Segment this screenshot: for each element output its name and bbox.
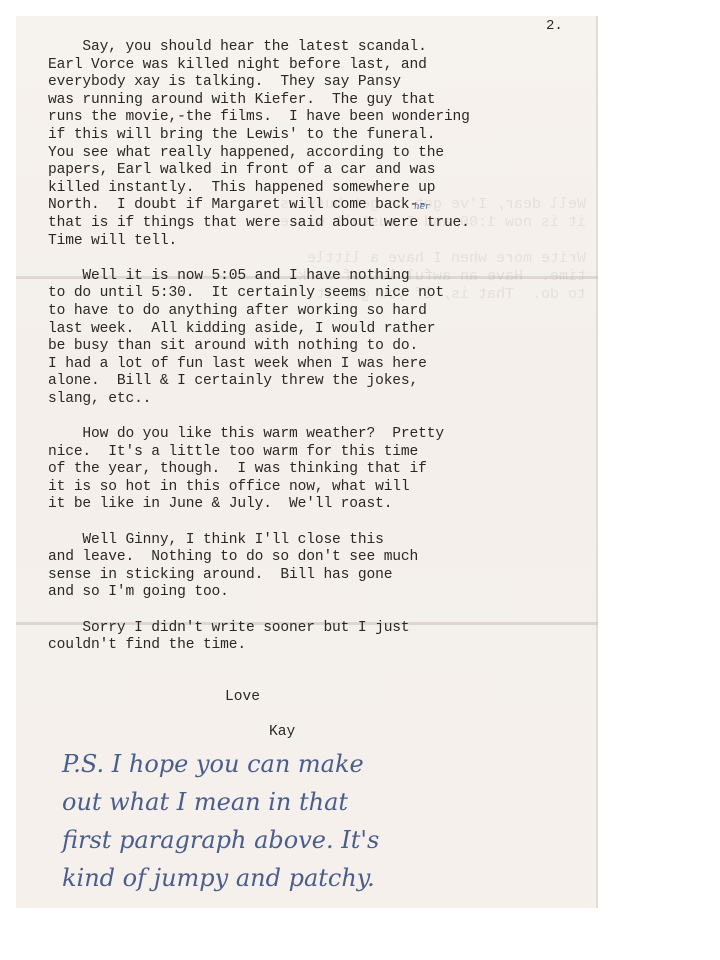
text-line: Well Ginny, I think I'll close this bbox=[48, 532, 588, 550]
text-line: that is if things that were said about w… bbox=[48, 215, 588, 233]
postscript-line: out what I mean in that bbox=[62, 783, 582, 821]
postscript-line: kind of jumpy and patchy. bbox=[62, 859, 582, 897]
text-line: I had a lot of fun last week when I was … bbox=[48, 356, 588, 374]
text-line: if this will bring the Lewis' to the fun… bbox=[48, 127, 588, 145]
text-line: runs the movie,-the films. I have been w… bbox=[48, 109, 588, 127]
postscript-line: P.S. I hope you can make bbox=[62, 745, 582, 783]
closing: Love bbox=[225, 689, 260, 705]
text-line: How do you like this warm weather? Prett… bbox=[48, 426, 588, 444]
paragraph-2: Well it is now 5:05 and I have nothing t… bbox=[48, 268, 588, 409]
text-line: Time will tell. bbox=[48, 233, 588, 251]
text-line: You see what really happened, according … bbox=[48, 145, 588, 163]
text-line: Earl Vorce was killed night before last,… bbox=[48, 57, 588, 75]
text-line: and so I'm going too. bbox=[48, 584, 588, 602]
text-line: be busy than sit around with nothing to … bbox=[48, 338, 588, 356]
text-line: slang, etc.. bbox=[48, 391, 588, 409]
text-line: papers, Earl walked in front of a car an… bbox=[48, 162, 588, 180]
paragraph-4: Well Ginny, I think I'll close this and … bbox=[48, 532, 588, 602]
text-line: alone. Bill & I certainly threw the joke… bbox=[48, 373, 588, 391]
text-line: last week. All kidding aside, I would ra… bbox=[48, 321, 588, 339]
text-line: couldn't find the time. bbox=[48, 637, 588, 655]
signature: Kay bbox=[269, 724, 295, 740]
text-line: and leave. Nothing to do so don't see mu… bbox=[48, 549, 588, 567]
paragraph-5: Sorry I didn't write sooner but I just c… bbox=[48, 620, 588, 655]
text-line: everybody xay is talking. They say Pansy bbox=[48, 74, 588, 92]
handwritten-postscript: P.S. I hope you can make out what I mean… bbox=[62, 745, 582, 897]
postscript-line: first paragraph above. It's bbox=[62, 821, 582, 859]
paragraph-1: Say, you should hear the latest scandal.… bbox=[48, 39, 588, 250]
text-line: of the year, though. I was thinking that… bbox=[48, 461, 588, 479]
text-line: it is so hot in this office now, what wi… bbox=[48, 479, 588, 497]
text-line: North. I doubt if Margaret will come bac… bbox=[48, 197, 588, 215]
text-line: nice. It's a little too warm for this ti… bbox=[48, 444, 588, 462]
text-line: sense in sticking around. Bill has gone bbox=[48, 567, 588, 585]
text-line: Say, you should hear the latest scandal. bbox=[48, 39, 588, 57]
text-line: it be like in June & July. We'll roast. bbox=[48, 496, 588, 514]
handwritten-insert: her bbox=[414, 202, 429, 212]
text-line: Sorry I didn't write sooner but I just bbox=[48, 620, 588, 638]
text-line: to have to do anything after working so … bbox=[48, 303, 588, 321]
typed-body: Say, you should hear the latest scandal.… bbox=[48, 39, 588, 672]
text-line: killed instantly. This happened somewher… bbox=[48, 180, 588, 198]
text-line: was running around with Kiefer. The guy … bbox=[48, 92, 588, 110]
text-line: Well it is now 5:05 and I have nothing bbox=[48, 268, 588, 286]
paragraph-3: How do you like this warm weather? Prett… bbox=[48, 426, 588, 514]
text-line: to do until 5:30. It certainly seems nic… bbox=[48, 285, 588, 303]
page-number: 2. bbox=[546, 18, 563, 34]
